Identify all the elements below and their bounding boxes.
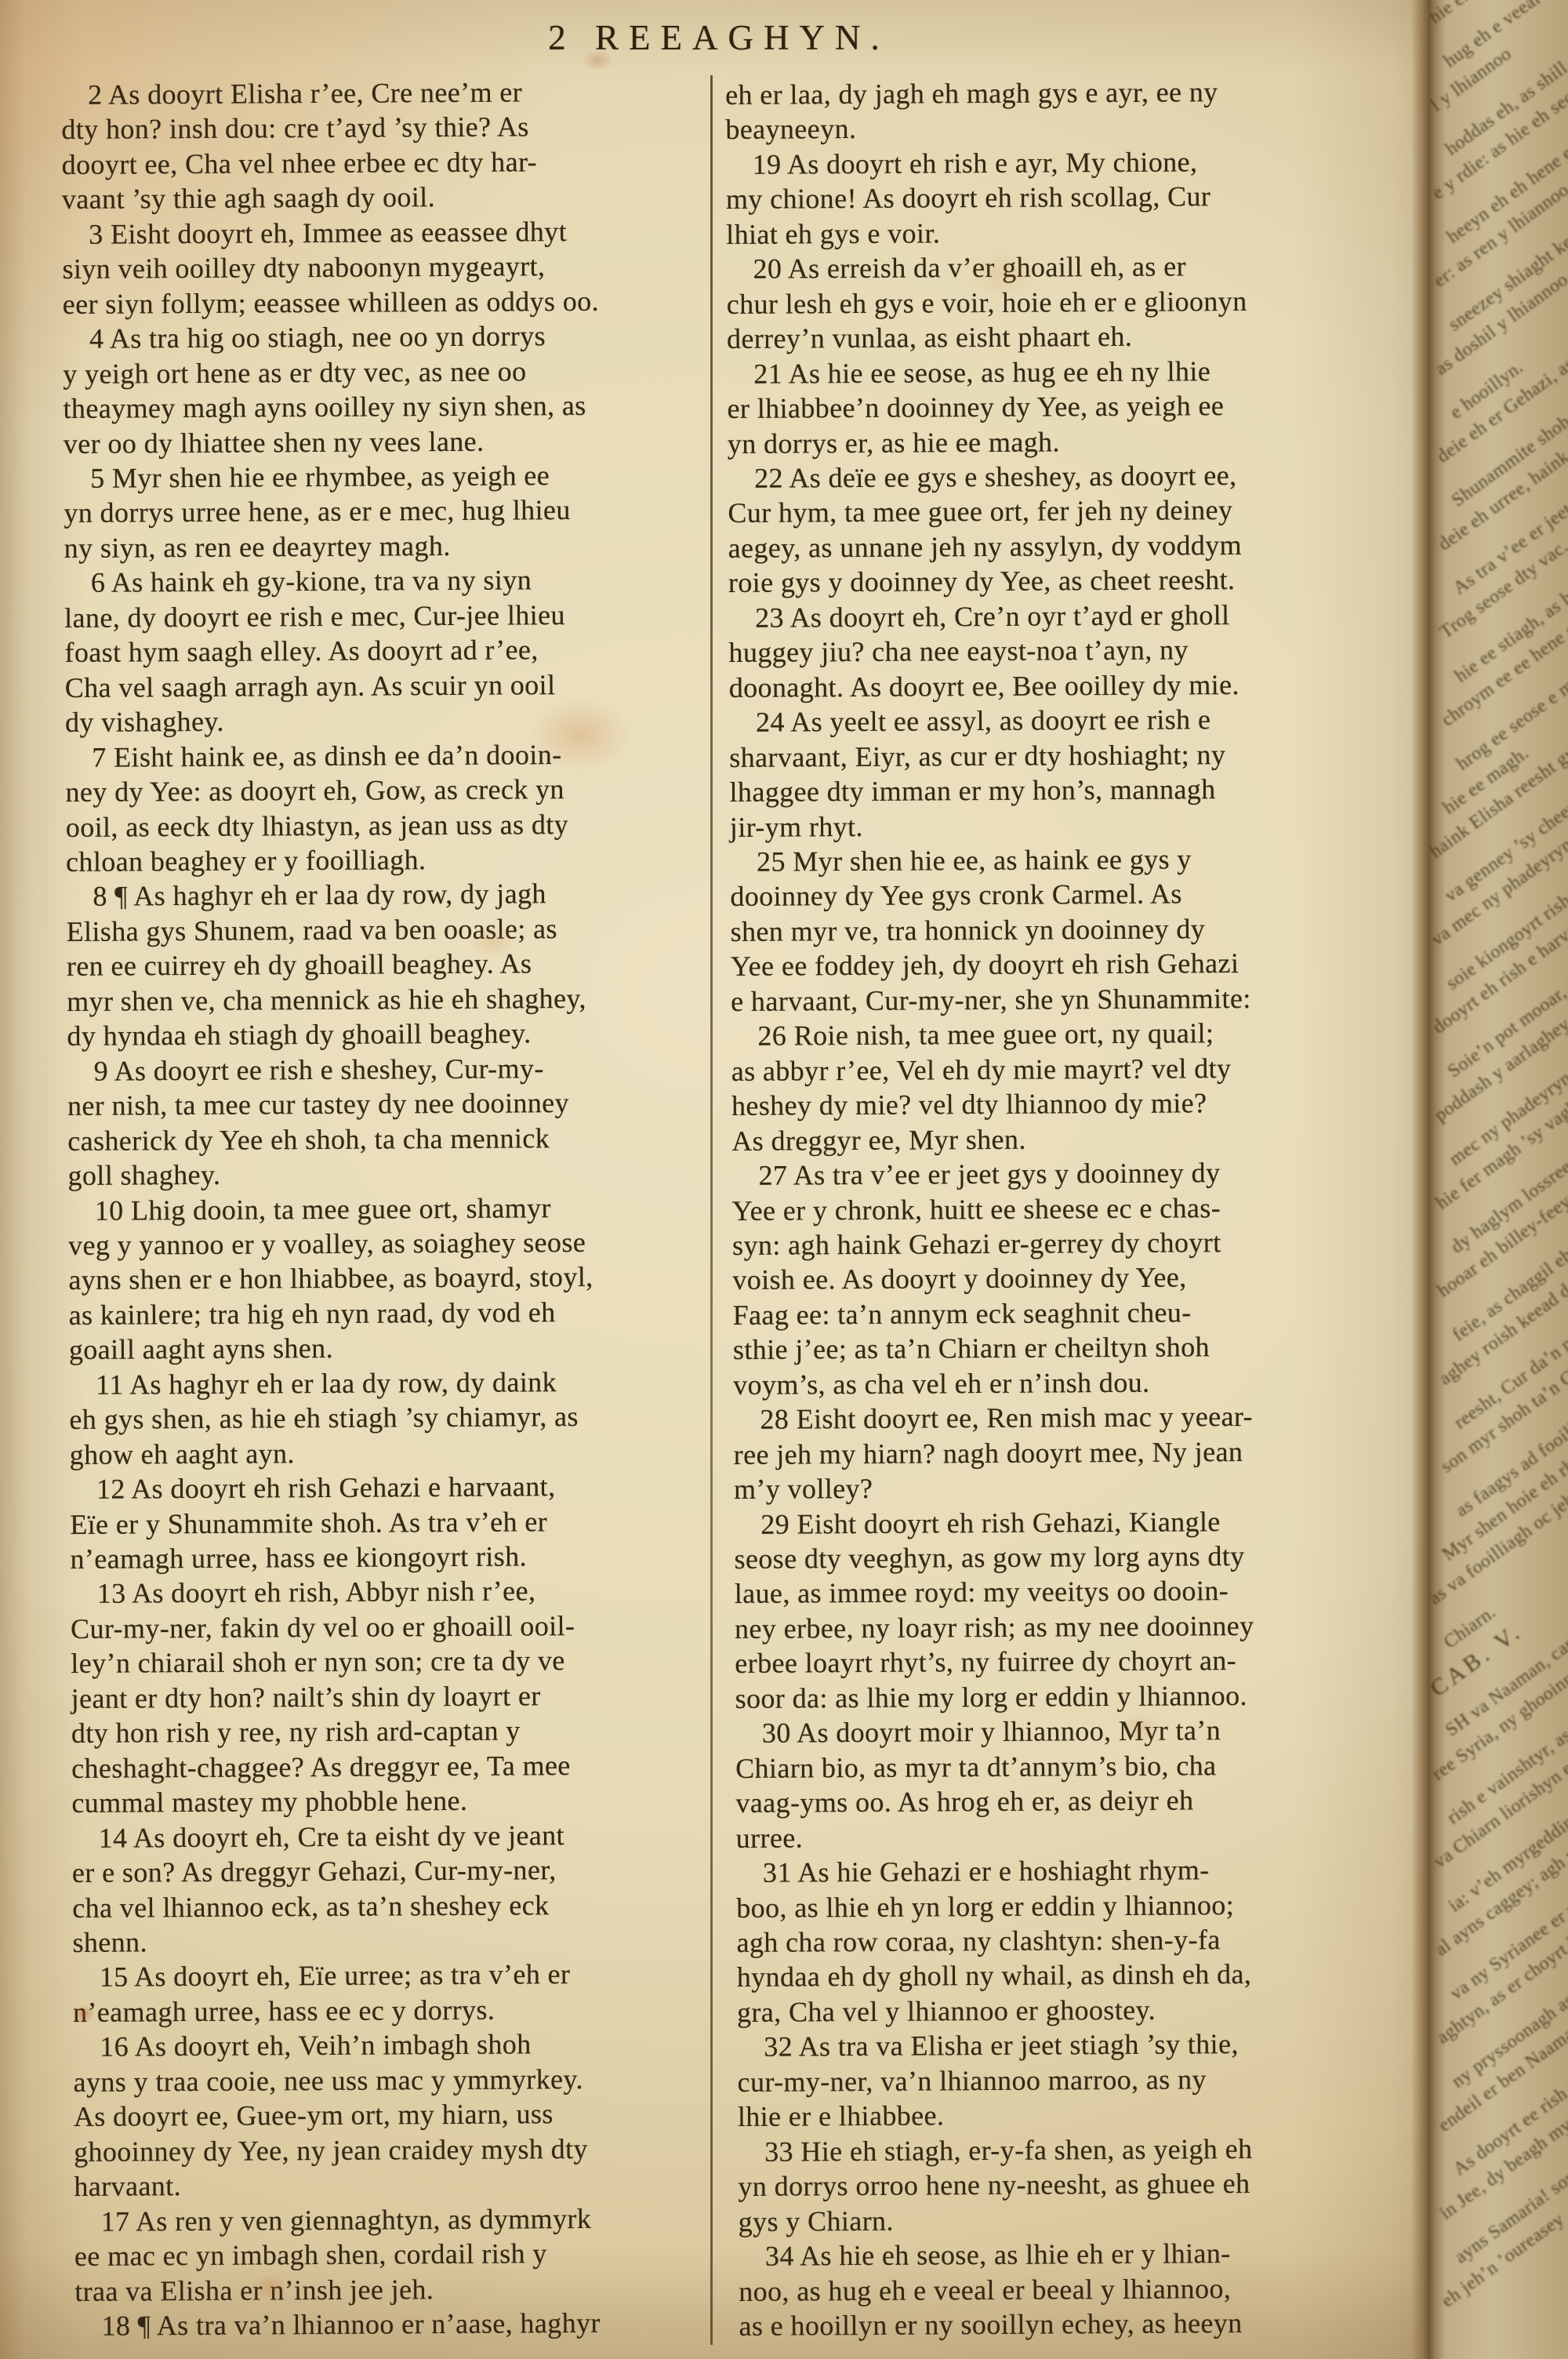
text-line: foast hym saagh elley. As dooyrt ad r’ee… <box>64 631 706 670</box>
text-line: cheshaght-chaggee? As dreggyr ee, Ta mee <box>71 1747 713 1786</box>
text-line: siyn veih ooilley dty naboonyn mygeayrt, <box>62 248 703 286</box>
text-line: 7 Eisht haink ee, as dinsh ee da’n dooin… <box>65 736 706 775</box>
text-line: 15 As dooyrt eh, Eïe urree; as tra v’eh … <box>73 1956 714 1994</box>
text-line: yn dorrys er, as hie ee magh. <box>728 422 1388 461</box>
text-line: eer siyn follym; eeassee whilleen as odd… <box>63 283 704 322</box>
text-line: lhiat eh gys e voir. <box>726 213 1386 253</box>
text-line: ooil, as eeck dty lhiastyn, as jean uss … <box>66 806 707 845</box>
text-line: Eïe er y Shunammite shoh. As tra v’eh er <box>70 1503 711 1542</box>
text-line: jir-ym rhyt. <box>730 805 1390 845</box>
text-line: as abbyr r’ee, Vel eh dy mie mayrt? vel … <box>731 1050 1392 1089</box>
text-line: shenn. <box>72 1921 713 1960</box>
text-line: dooyrt ee, Cha vel nhee erbee ec dty har… <box>62 144 703 182</box>
text-line: eh gys shen, as hie eh stiagh ’sy chiamy… <box>69 1398 710 1437</box>
text-line: goll shaghey. <box>67 1154 709 1193</box>
text-line: 20 As erreish da v’er ghoaill eh, as er <box>726 248 1386 287</box>
text-line: veg y yannoo er y voalley, as soiaghey s… <box>68 1224 710 1263</box>
text-line: derrey’n vunlaa, as eisht phaart eh. <box>727 318 1387 357</box>
text-line: chloan beaghey er y fooilliagh. <box>66 841 707 879</box>
text-line: Elisha gys Shunem, raad va ben ooasle; a… <box>67 911 708 949</box>
text-line: 8 ¶ As haghyr eh er laa dy row, dy jagh <box>66 875 707 914</box>
text-line: 13 As dooyrt eh rish, Abbyr nish r’ee, <box>71 1572 712 1611</box>
text-line: Cur-my-ner, fakin dy vel oo er ghoaill o… <box>71 1608 712 1646</box>
scanned-book-page: 2 REEAGHYN. 2 As dooyrt Elisha r’ee, Cre… <box>0 0 1568 2359</box>
text-line: Yee ee foddey jeh, dy dooyrt eh rish Geh… <box>731 945 1391 984</box>
text-line: 21 As hie ee seose, as hug ee eh ny lhie <box>727 352 1387 391</box>
text-line: dooinney dy Yee gys cronk Carmel. As <box>730 875 1390 914</box>
text-line: dty hon? insh dou: cre t’ayd ’sy thie? A… <box>61 108 702 147</box>
text-line: dy hyndaa eh stiagh dy ghoaill beaghey. <box>67 1015 708 1053</box>
text-line: ver oo dy lhiattee shen ny vees lane. <box>64 423 705 461</box>
text-line: heshey dy mie? vel dty lhiannoo dy mie? <box>731 1085 1392 1124</box>
text-line: ee mac ec yn imbagh shen, cordail rish y <box>74 2235 716 2274</box>
text-line: chur lesh eh gys e voir, hoie eh er e gl… <box>727 283 1387 322</box>
text-line: 24 As yeelt ee assyl, as dooyrt ee rish … <box>729 701 1389 740</box>
text-line: Cha vel saagh arragh ayn. As scuir yn oo… <box>65 667 706 705</box>
text-line: lhaggee dty imman er my hon’s, mannagh <box>729 771 1389 810</box>
text-line: 11 As haghyr eh er laa dy row, dy daink <box>69 1364 710 1402</box>
text-line: 3 Eisht dooyrt eh, Immee as eeassee dhyt <box>62 213 703 252</box>
text-line: cummal mastey my phobble hene. <box>71 1782 713 1820</box>
text-column-left: 2 As dooyrt Elisha r’ee, Cre nee’m erdty… <box>61 74 717 2343</box>
text-line: 14 As dooyrt eh, Cre ta eisht dy ve jean… <box>72 1817 713 1856</box>
text-line: 16 As dooyrt eh, Veih’n imbagh shoh <box>73 2026 714 2064</box>
text-line: eh er laa, dy jagh eh magh gys e ayr, ee… <box>725 74 1385 113</box>
text-line: sharvaant, Eiyr, as cur er dty hoshiaght… <box>729 736 1389 775</box>
page-curl-shadow <box>1294 0 1430 2359</box>
text-line: ley’n chiarail shoh er nyn son; cre ta d… <box>71 1642 712 1681</box>
text-line: ren ee cuirrey eh dy ghoaill beaghey. As <box>67 945 708 983</box>
text-line: shen myr ve, tra honnick yn dooinney dy <box>731 911 1391 950</box>
text-line: myr shen ve, cha mennick as hie eh shagh… <box>67 980 708 1019</box>
text-line: ayns shen er e hon lhiabbee, as boayrd, … <box>68 1259 710 1297</box>
text-line: roie gys y dooinney dy Yee, as cheet ree… <box>728 562 1388 601</box>
text-line: huggey jiu? cha nee eayst-noa t’ayn, ny <box>728 631 1388 671</box>
text-line: as kainlere; tra hig eh nyn raad, dy vod… <box>69 1294 710 1332</box>
text-line: harvaant. <box>74 2165 715 2204</box>
text-line: aegey, as unnane jeh ny assylyn, dy vodd… <box>728 527 1388 566</box>
text-line: 23 As dooyrt eh, Cre’n oyr t’ayd er ghol… <box>728 597 1388 636</box>
text-line: lane, dy dooyrt ee rish e mec, Cur-jee l… <box>64 597 706 635</box>
text-line: cha vel lhiannoo eck, as ta’n sheshey ec… <box>72 1887 713 1925</box>
text-line: 4 As tra hig oo stiagh, nee oo yn dorrys <box>63 318 704 356</box>
text-line: n’eamagh urree, hass ee ec y dorrys. <box>73 1991 714 2030</box>
text-line: goaill aaght ayns shen. <box>69 1329 710 1367</box>
text-line: ghooinney dy Yee, ny jean craidey mysh d… <box>74 2131 715 2169</box>
text-line: ner nish, ta mee cur tastey dy nee dooin… <box>67 1085 709 1123</box>
text-line: 9 As dooyrt ee rish e sheshey, Cur-my- <box>67 1050 709 1089</box>
text-line: Cur hym, ta mee guee ort, fer jeh ny dei… <box>728 492 1388 531</box>
text-line: 12 As dooyrt eh rish Gehazi e harvaant, <box>70 1468 711 1507</box>
text-line: e harvaant, Cur-my-ner, she yn Shunammit… <box>731 980 1391 1020</box>
text-line: my chione! As dooyrt eh rish scollag, Cu… <box>726 178 1386 217</box>
text-line: 5 Myr shen hie ee rhymbee, as yeigh ee <box>64 457 705 496</box>
text-line: 10 Lhig dooin, ta mee guee ort, shamyr <box>68 1189 710 1227</box>
text-line: ayns y traa cooie, nee uss mac y ymmyrke… <box>73 2061 714 2099</box>
text-line: 6 As haink eh gy-kione, tra va ny siyn <box>64 562 706 600</box>
text-line: 19 As dooyrt eh rish e ayr, My chione, <box>726 144 1386 183</box>
page-edge-line <box>1411 0 1430 2359</box>
text-line: casherick dy Yee eh shoh, ta cha mennick <box>67 1120 709 1158</box>
text-line: 17 As ren y ven giennaghtyn, as dymmyrk <box>74 2201 716 2239</box>
text-line: y yeigh ort hene as er dty vec, as nee o… <box>63 353 704 391</box>
text-line: theaymey magh ayns ooilley ny siyn shen,… <box>63 387 704 426</box>
text-line: 2 As dooyrt Elisha r’ee, Cre nee’m er <box>61 74 702 112</box>
text-line: dty hon rish y ree, ny rish ard-captan y <box>71 1712 713 1750</box>
text-line: doonaght. As dooyrt ee, Bee ooilley dy m… <box>729 667 1389 706</box>
text-line: 18 ¶ As tra va’n lhiannoo er n’aase, hag… <box>74 2305 716 2343</box>
text-line: n’eamagh urree, hass ee kiongoyrt rish. <box>70 1538 711 1576</box>
text-line: er e son? As dreggyr Gehazi, Cur-my-ner, <box>72 1852 713 1890</box>
text-line: ghow eh aaght ayn. <box>70 1434 711 1472</box>
text-line: er lhiabbee’n dooinney dy Yee, as yeigh … <box>727 387 1387 427</box>
next-page-edge: hie eh er y lhiannoohug eh e veeal erl y… <box>1430 0 1568 2359</box>
text-line: yn dorrys urree hene, as er e mec, hug l… <box>64 492 705 530</box>
page-title: 2 REEAGHYN. <box>0 17 1438 58</box>
text-line: jeant er dty hon? nailt’s shin dy loayrt… <box>71 1677 712 1716</box>
column-divider <box>710 75 713 2345</box>
text-line: As dooyrt ee, Guee-ym ort, my hiarn, uss <box>74 2095 715 2134</box>
text-line: 26 Roie nish, ta mee guee ort, ny quail; <box>731 1015 1391 1054</box>
text-line: 25 Myr shen hie ee, as haink ee gys y <box>730 841 1390 880</box>
text-line: dy vishaghey. <box>65 701 706 740</box>
text-line: beayneeyn. <box>725 108 1385 147</box>
text-line: vaant ’sy thie agh saagh dy ooil. <box>62 178 703 216</box>
text-line: ney dy Yee: as dooyrt eh, Gow, as creck … <box>65 771 706 809</box>
text-line: 22 As deïe ee gys e sheshey, as dooyrt e… <box>728 457 1388 496</box>
text-line: traa va Elisha er n’insh jee jeh. <box>74 2270 716 2308</box>
text-line: ny siyn, as ren ee deayrtey magh. <box>64 527 706 565</box>
